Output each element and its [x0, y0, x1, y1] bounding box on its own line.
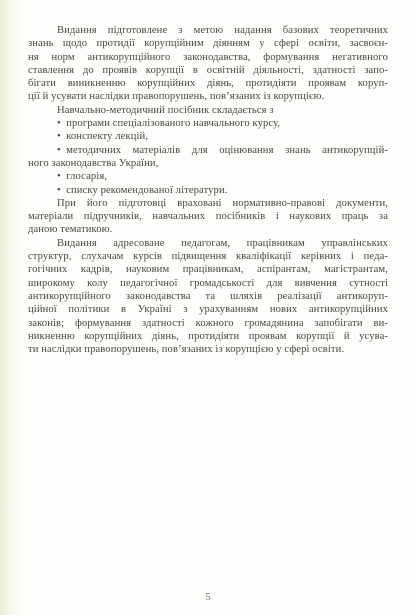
text-line: антикорупційного законодавства та шляхів…	[28, 290, 388, 303]
page-text: Видання підготовлене з метою надання баз…	[28, 24, 388, 356]
text-line: При його підготовці враховані нормативно…	[28, 197, 388, 210]
text-line: гогічних кадрів, науковим працівникам, а…	[28, 263, 388, 276]
text-line: даною тематикою.	[28, 223, 388, 236]
text-line: знань щодо протидії корупційним діянням …	[28, 37, 388, 50]
text-line: структур, слухачам курсів підвищення ква…	[28, 250, 388, 263]
text-line: ного законодавства України,	[28, 157, 388, 170]
text-line: ти наслідки правопорушень, пов’язаних із…	[28, 343, 388, 356]
text-line: • глосарія,	[28, 170, 388, 183]
text-line: матеріали підручників, навчальних посібн…	[28, 210, 388, 223]
page-edge-shading	[0, 0, 24, 615]
text-line: • конспекту лекцій,	[28, 130, 388, 143]
bullet-item: • глосарія,	[28, 170, 388, 183]
paragraph: При його підготовці враховані нормативно…	[28, 197, 388, 237]
paragraph: Видання підготовлене з метою надання баз…	[28, 24, 388, 104]
text-line: Видання підготовлене з метою надання баз…	[28, 24, 388, 37]
bullet-item: • програми спеціалізованого навчального …	[28, 117, 388, 130]
text-line: • списку рекомендованої літератури.	[28, 184, 388, 197]
text-line: Видання адресоване педагогам, працівника…	[28, 237, 388, 250]
text-line: ставлення до проявів корупції в освітній…	[28, 64, 388, 77]
bullet-item: • конспекту лекцій,	[28, 130, 388, 143]
text-line: ня норм антикорупційного законодавства, …	[28, 51, 388, 64]
bullet-item: • списку рекомендованої літератури.	[28, 184, 388, 197]
text-line: • методичних матеріалів для оцінювання з…	[28, 144, 388, 157]
text-line: никненню корупційних діянь, протидіяти п…	[28, 330, 388, 343]
book-page: Видання підготовлене з метою надання баз…	[0, 0, 416, 615]
text-line: ції й усувати наслідки правопорушень, по…	[28, 90, 388, 103]
text-line: ційної політики в Україні з урахуванням …	[28, 303, 388, 316]
bullet-item: • методичних матеріалів для оцінювання з…	[28, 144, 388, 171]
text-line: бігати виникненню корупційних діянь, про…	[28, 77, 388, 90]
text-line: Навчально-методичний посібник складаєтьс…	[28, 104, 388, 117]
paragraph: Навчально-методичний посібник складаєтьс…	[28, 104, 388, 117]
page-number: 5	[28, 591, 388, 603]
text-line: законів; формування здатності кожного гр…	[28, 317, 388, 330]
text-line: • програми спеціалізованого навчального …	[28, 117, 388, 130]
paragraph: Видання адресоване педагогам, працівника…	[28, 237, 388, 357]
text-line: широкому колу педагогічної громадськості…	[28, 277, 388, 290]
